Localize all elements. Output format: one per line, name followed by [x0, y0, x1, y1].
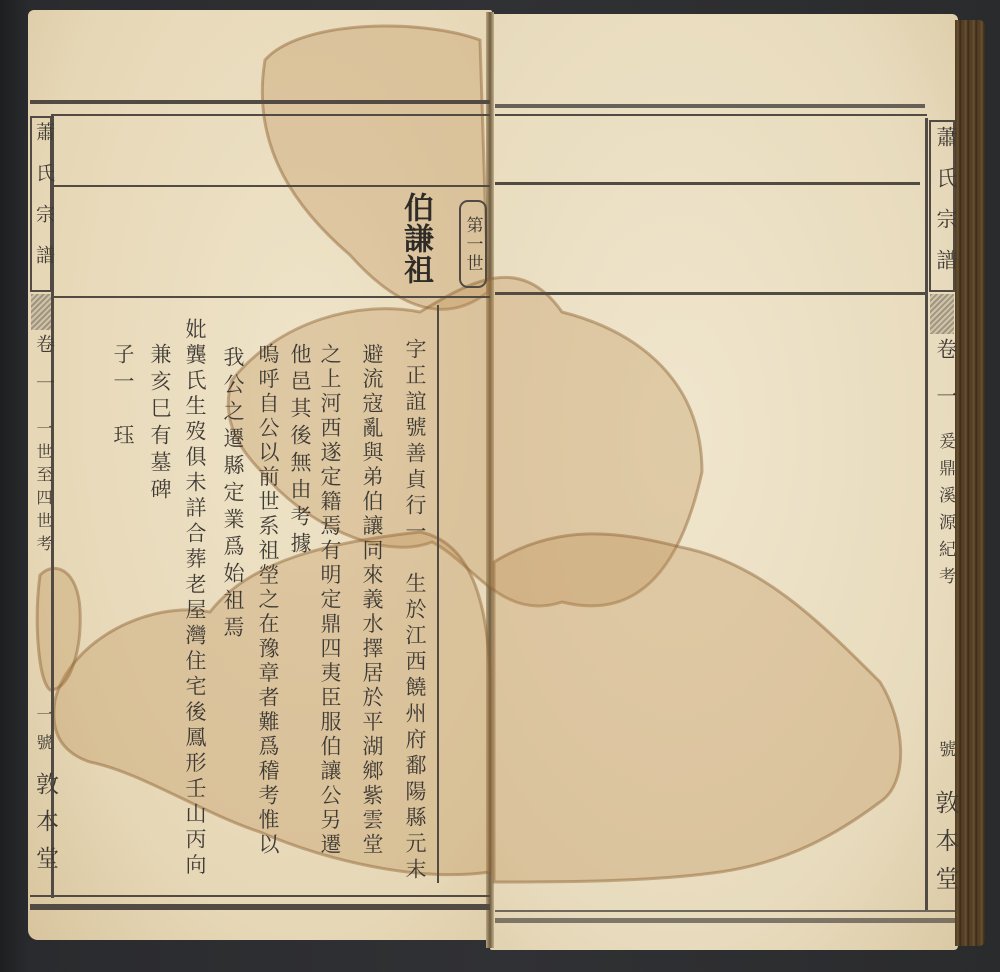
left-bottom-border-thick: [30, 904, 490, 910]
book-gutter: [486, 12, 494, 948]
right-spine-title: 蕭氏宗譜: [931, 126, 961, 290]
left-spine-number: 一號: [32, 706, 55, 762]
text-column-1: 字正誼號善貞行一 生於江西饒州府鄱陽縣元末: [403, 338, 427, 884]
left-spine-section: 一世至四世考: [32, 420, 55, 558]
right-header-divider-1: [495, 182, 920, 185]
left-spine-volume: 卷一: [31, 334, 58, 412]
text-column-7: 妣龔氏生歿俱未詳合葬老屋灣住宅後鳳形壬山丙向: [183, 318, 207, 879]
right-spine-number: 號: [933, 740, 958, 757]
text-column-2: 避流寇亂與弟伯讓同來義水擇居於平湖鄉紫雲堂: [360, 343, 384, 858]
left-spine-hatch: [31, 294, 51, 330]
right-bottom-border-thick: [495, 918, 955, 923]
left-spine-hall: 敦本堂: [29, 772, 62, 883]
text-column-5: 嗚呼自公以前世系祖塋之在豫章者難爲稽考惟以: [256, 343, 280, 858]
right-header-divider-2: [495, 292, 925, 295]
text-column-6: 我公之遷縣定業爲始祖焉: [221, 346, 245, 643]
generation-badge: 第一世: [459, 200, 487, 288]
text-column-3: 之上河西遂定籍焉有明定鼎四夷臣服伯讓公另遷: [318, 343, 342, 858]
text-column-4: 他邑其後無由考據: [288, 343, 312, 559]
left-spine-title: 蕭氏宗譜: [31, 122, 58, 286]
left-header-divider-2: [52, 296, 490, 298]
right-spine-volume: 卷一: [931, 338, 961, 432]
right-spine-hatch: [930, 294, 954, 334]
left-top-border-thick: [30, 100, 490, 104]
left-bottom-border-thin: [30, 895, 490, 897]
right-spine-section: 爰鼎溪源紀考: [933, 432, 958, 594]
right-top-border-thick: [495, 104, 925, 108]
text-column-9: 子一 珏: [111, 343, 135, 451]
right-spine-hall: 敦本堂: [928, 790, 963, 904]
right-top-border-thin: [495, 114, 927, 116]
left-column-rule: [437, 305, 439, 883]
left-header-divider-1: [52, 185, 490, 187]
left-top-border-thin: [52, 114, 490, 116]
right-bottom-border-thin: [495, 910, 955, 912]
ancestor-name-heading: 伯謙祖: [398, 192, 432, 285]
generation-badge-label: 第一世: [461, 216, 486, 273]
right-page: [490, 14, 958, 950]
text-column-8: 兼亥巳有墓碑: [148, 343, 172, 505]
